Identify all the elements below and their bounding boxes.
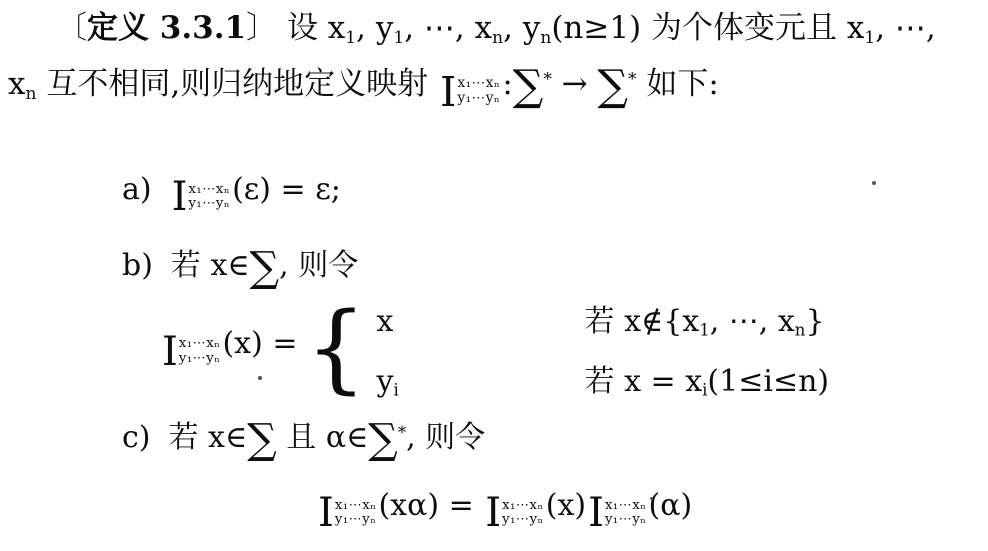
case-row-2: yi 若 x = xi(1≤i≤n) — [377, 356, 830, 400]
substitution-map-symbol: Ix₁⋯xₙy₁⋯yₙ — [318, 495, 376, 531]
text-run: , y — [356, 10, 393, 46]
imap-subscript: y₁⋯yₙ — [605, 513, 647, 528]
sigma-symbol: ∑ — [368, 415, 398, 463]
case-1-condition: 若 x∉{x1, ⋯, xn} — [585, 296, 825, 340]
text-run: , ⋯, x — [404, 10, 492, 46]
bold-text: 定义 3.3.1 — [87, 10, 246, 46]
subscript: 1 — [345, 28, 356, 48]
sigma-symbol: ∑ — [250, 243, 280, 291]
text-run: 且 α∈ — [277, 420, 369, 455]
substitution-map-symbol: Ix₁⋯xₙy₁⋯yₙ — [172, 179, 230, 215]
substitution-map-symbol: Ix₁⋯xₙy₁⋯yₙ — [440, 73, 500, 110]
case-2-condition: 若 x = xi(1≤i≤n) — [585, 356, 830, 400]
text-run: x — [8, 66, 25, 102]
imap-scripts: x₁⋯xₙy₁⋯yₙ — [179, 337, 221, 367]
text-run: 〔 — [56, 10, 87, 46]
imap-superscript: x₁⋯xₙ — [335, 499, 377, 514]
text-run: 若 x∈ — [171, 248, 250, 283]
imap-scripts: x₁⋯xₙy₁⋯yₙ — [188, 183, 230, 213]
case-rows: x 若 x∉{x1, ⋯, xn} yi 若 x = xi(1≤i≤n) — [377, 296, 830, 400]
substitution-map-symbol: Ix₁⋯xₙy₁⋯yₙ — [588, 495, 646, 531]
text-run: x — [377, 304, 394, 339]
text-run: (1≤i≤n) — [707, 364, 829, 399]
text-run: → — [552, 66, 598, 102]
imap-base: I — [318, 495, 334, 531]
subscript: 1 — [864, 28, 875, 48]
item-c-intro: 若 x∈∑ 且 α∈∑*, 则令 — [169, 420, 486, 455]
imap-superscript: x₁⋯xₙ — [188, 183, 230, 198]
imap-superscript: x₁⋯xₙ — [502, 499, 544, 514]
subscript: n — [25, 84, 36, 104]
text-run: 若 x∉{x — [585, 304, 700, 339]
imap-superscript: x₁⋯xₙ — [457, 76, 500, 91]
case-equation-lhs: Ix₁⋯xₙy₁⋯yₙ(x) = — [160, 326, 297, 370]
scan-artifact-dot — [258, 376, 262, 380]
text-run: 若 x = x — [585, 364, 703, 399]
text-run: (ε) = ε; — [232, 172, 341, 207]
text-run: } — [805, 304, 824, 339]
subscript: n — [540, 28, 551, 48]
text-run: 若 x∈ — [169, 420, 248, 455]
case-2-value: yi — [377, 364, 585, 400]
superscript: * — [543, 70, 552, 90]
text-run: , y — [503, 10, 540, 46]
imap-base: I — [588, 495, 604, 531]
imap-subscript: y₁⋯yₙ — [188, 197, 230, 212]
imap-scripts: x₁⋯xₙy₁⋯yₙ — [502, 499, 544, 529]
imap-base: I — [172, 179, 188, 215]
imap-superscript: x₁⋯xₙ — [179, 337, 221, 352]
subscript: n — [492, 28, 503, 48]
text-run: , 则令 — [406, 420, 485, 455]
text-run: , ⋯, — [875, 10, 936, 46]
imap-base: I — [440, 73, 456, 110]
imap-subscript: y₁⋯yₙ — [335, 513, 377, 528]
item-a-label: a) — [122, 172, 152, 207]
subscript: i — [394, 381, 399, 400]
text-run: , ⋯, x — [710, 304, 795, 339]
item-b-label: b) — [122, 248, 153, 283]
item-b-intro: 若 x∈∑, 则令 — [171, 248, 358, 283]
imap-subscript: y₁⋯yₙ — [502, 513, 544, 528]
text-run: (xα) = — [378, 488, 483, 523]
imap-base: I — [162, 334, 178, 370]
text-run: (n≥1) 为个体变元且 x — [551, 10, 864, 46]
imap-superscript: x₁⋯xₙ — [605, 499, 647, 514]
item-c-label: c) — [122, 420, 151, 455]
item-c: c)若 x∈∑ 且 α∈∑*, 则令 — [122, 418, 485, 457]
substitution-map-symbol: Ix₁⋯xₙy₁⋯yₙ — [485, 495, 543, 531]
imap-base: I — [485, 495, 501, 531]
item-a: a)Ix₁⋯xₙy₁⋯yₙ(ε) = ε; — [122, 170, 341, 216]
substitution-map-symbol: Ix₁⋯xₙy₁⋯yₙ — [162, 334, 220, 370]
text-run: y — [377, 364, 394, 399]
text-run: 〕 设 x — [246, 10, 345, 46]
imap-subscript: y₁⋯yₙ — [179, 352, 221, 367]
text-run: : — [502, 66, 512, 102]
text-run: (x) = — [222, 326, 297, 361]
case-row-1: x 若 x∉{x1, ⋯, xn} — [377, 296, 830, 340]
sigma-symbol: ∑ — [247, 415, 277, 463]
item-b: b)若 x∈∑, 则令 — [122, 246, 358, 285]
text-run: (x) — [546, 488, 586, 523]
text-run: , 则令 — [279, 248, 358, 283]
imap-subscript: y₁⋯yₙ — [457, 91, 500, 106]
item-a-formula: Ix₁⋯xₙy₁⋯yₙ(ε) = ε; — [170, 172, 341, 207]
scan-artifact-dot — [872, 181, 876, 185]
text-run: (α) — [649, 488, 693, 523]
superscript: * — [628, 70, 637, 90]
scanned-definition-page: 〔定义 3.3.1〕 设 x1, y1, ⋯, xn, yn(n≥1) 为个体变… — [0, 0, 988, 551]
imap-scripts: x₁⋯xₙy₁⋯yₙ — [335, 499, 377, 529]
text-run: 互不相同,则归纳地定义映射 — [36, 66, 438, 102]
case-equation: Ix₁⋯xₙy₁⋯yₙ(x) = { x 若 x∉{x1, ⋯, xn} yi … — [160, 296, 829, 400]
subscript: 1 — [699, 321, 710, 340]
definition-line-2: xn 互不相同,则归纳地定义映射 Ix₁⋯xₙy₁⋯yₙ:∑* → ∑* 如下: — [8, 64, 719, 110]
sigma-symbol: ∑ — [598, 61, 629, 111]
subscript: n — [795, 321, 806, 340]
imap-scripts: x₁⋯xₙy₁⋯yₙ — [605, 499, 647, 529]
sigma-symbol: ∑ — [513, 61, 544, 111]
superscript: * — [398, 423, 406, 442]
scan-artifact-dot — [650, 497, 653, 500]
text-run: 如下: — [637, 66, 719, 102]
case-1-value: x — [377, 304, 585, 339]
definition-line-1: 〔定义 3.3.1〕 设 x1, y1, ⋯, xn, yn(n≥1) 为个体变… — [56, 8, 936, 49]
concatenation-formula: Ix₁⋯xₙy₁⋯yₙ(xα) = Ix₁⋯xₙy₁⋯yₙ(x)Ix₁⋯xₙy₁… — [316, 488, 692, 532]
imap-scripts: x₁⋯xₙy₁⋯yₙ — [457, 76, 500, 107]
subscript: 1 — [393, 28, 404, 48]
